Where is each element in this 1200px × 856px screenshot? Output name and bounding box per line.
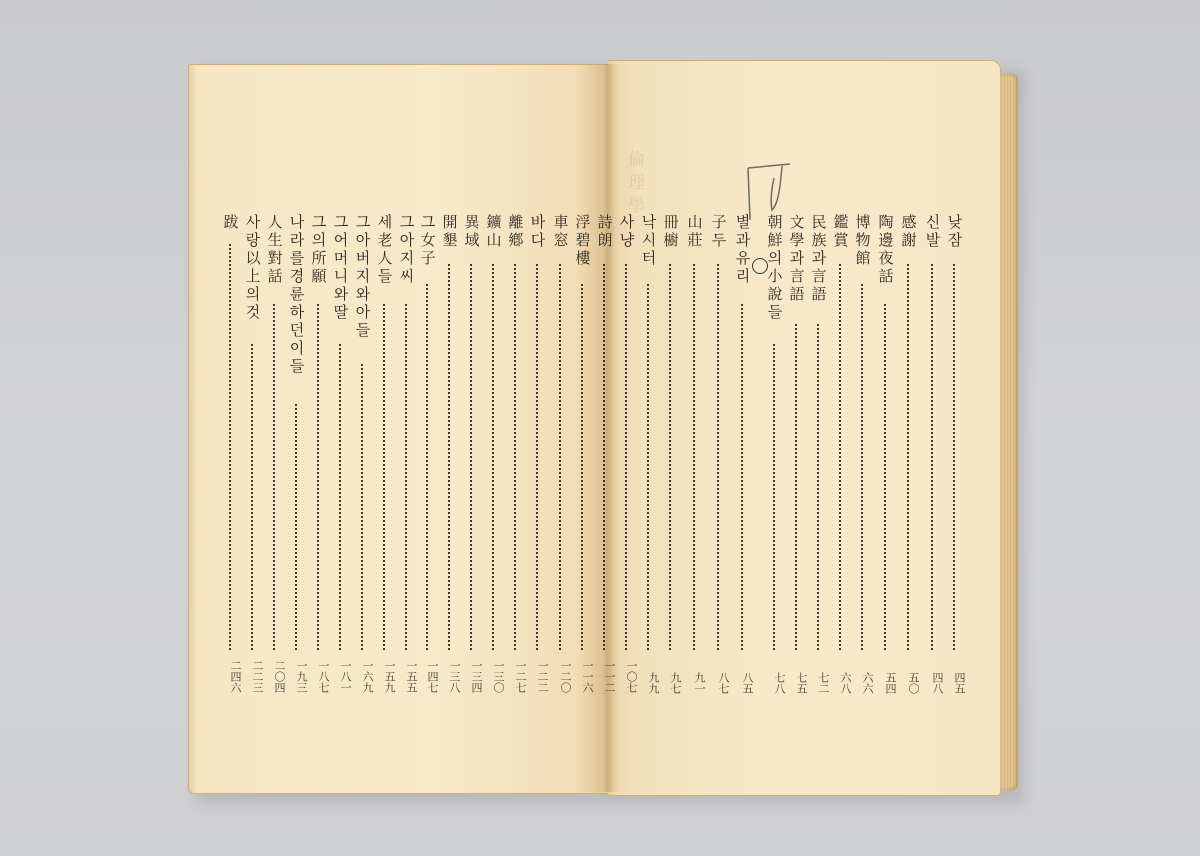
toc-entry-title: 異域 xyxy=(463,214,480,250)
toc-page-number: 二〇四 xyxy=(263,660,285,693)
toc-page-number: 一一二 xyxy=(593,660,615,693)
toc-page-number: 一三四 xyxy=(460,660,482,693)
toc-page-number: 九九 xyxy=(637,672,659,694)
leader-dots xyxy=(669,264,673,650)
toc-entry: 民族과言語 xyxy=(807,214,829,304)
toc-page-number: 五〇 xyxy=(897,672,919,694)
toc-entry: 人生對話 xyxy=(263,214,285,286)
toc-entry-title: 博物館 xyxy=(854,214,871,268)
toc-entry-title: 그아지씨 xyxy=(398,214,415,286)
toc-entry: 異域 xyxy=(460,214,482,250)
toc-entry: 신발 xyxy=(921,214,943,250)
toc-entry: 사냥 xyxy=(615,214,637,250)
toc-entry: 낙시터 xyxy=(637,214,659,268)
leader-dots xyxy=(693,264,697,650)
toc-entry: 바다 xyxy=(526,214,548,250)
toc-page-number: 一四七 xyxy=(416,660,438,693)
toc-entry-title: 文學과言語 xyxy=(788,214,805,304)
toc-entry-title: 사냥 xyxy=(618,214,635,250)
toc-page-number: 一〇七 xyxy=(615,660,637,693)
page-edges xyxy=(1000,74,1018,790)
leader-dots xyxy=(536,264,540,650)
leader-dots xyxy=(931,264,935,650)
leader-dots xyxy=(884,304,888,650)
toc-page-number: 一二七 xyxy=(504,660,526,693)
toc-entry-title: 開墾 xyxy=(441,214,458,250)
toc-entry-title: 별과유리 xyxy=(734,214,751,286)
toc-entry-title: 感謝 xyxy=(900,214,917,250)
toc-entry-title: 바다 xyxy=(529,214,546,250)
toc-entry-title: 人生對話 xyxy=(266,214,283,286)
toc-entry: 별과유리 xyxy=(731,214,753,286)
toc-entry: 그아지씨 xyxy=(395,214,417,286)
toc-entry: 나라를경륜하던이들 xyxy=(285,214,307,376)
toc-entry-title: 낙시터 xyxy=(640,214,657,268)
toc-entry-title: 冊櫥 xyxy=(662,214,679,250)
toc-page-number: 四八 xyxy=(921,672,943,694)
leader-dots xyxy=(625,264,629,650)
toc-entry: 그아버지와아들 xyxy=(351,214,373,340)
toc-entry: 博物館 xyxy=(851,214,873,268)
toc-entry-title: 그어머니와딸 xyxy=(332,214,349,322)
toc-entry-title: 子두 xyxy=(710,214,727,250)
leader-dots xyxy=(817,324,821,650)
toc-entry: 朝鮮의小說들 xyxy=(763,214,785,322)
toc-entry-title: 車窓 xyxy=(552,214,569,250)
toc-entry-title: 民族과言語 xyxy=(810,214,827,304)
toc-page-number: 一二二 xyxy=(526,660,548,693)
toc-entry-title: 離鄕 xyxy=(507,214,524,250)
toc-page-number: 一五九 xyxy=(373,660,395,693)
leader-dots xyxy=(405,304,409,650)
toc-entry: 陶邊夜話 xyxy=(874,214,896,286)
toc-entry-title: 鑑賞 xyxy=(832,214,849,250)
toc-entry: 浮碧樓 xyxy=(571,214,593,268)
toc-page-number: 七五 xyxy=(785,672,807,694)
toc-entry-title: 신발 xyxy=(924,214,941,250)
toc-entry: 冊櫥 xyxy=(659,214,681,250)
toc-page-number: 一八一 xyxy=(329,660,351,693)
toc-page-number: 一二〇 xyxy=(549,660,571,693)
toc-entry: 사랑以上의것 xyxy=(241,214,263,322)
toc-page-number: 一八七 xyxy=(307,660,329,693)
toc-entry-title: 나라를경륜하던이들 xyxy=(288,214,305,376)
toc-page-number: 二四六 xyxy=(219,660,241,693)
toc-entry: 離鄕 xyxy=(504,214,526,250)
leader-dots xyxy=(251,344,255,650)
leader-dots xyxy=(839,264,843,650)
toc-page-number: 一九三 xyxy=(285,660,307,693)
leader-dots xyxy=(492,264,496,650)
toc-entry: 그의所願 xyxy=(307,214,329,286)
leader-dots xyxy=(383,304,387,650)
toc-page-number: 七八 xyxy=(763,672,785,694)
leader-dots xyxy=(339,344,343,650)
toc-page-number: 一五五 xyxy=(395,660,417,693)
toc-page-number: 八五 xyxy=(731,672,753,694)
leader-dots xyxy=(361,364,365,650)
leader-dots xyxy=(647,284,651,650)
leader-dots xyxy=(448,264,452,650)
leader-dots xyxy=(907,264,911,650)
leader-dots xyxy=(773,344,777,650)
toc-entry-title: 세老人들 xyxy=(376,214,393,286)
toc-entry: 낮잠 xyxy=(943,214,965,250)
leader-dots xyxy=(581,284,585,650)
leader-dots xyxy=(861,284,865,650)
toc-page-number: 六六 xyxy=(851,672,873,694)
toc-entry-title: 山莊 xyxy=(686,214,703,250)
toc-page-number: 一三八 xyxy=(438,660,460,693)
toc-entry-title: 朝鮮의小說들 xyxy=(766,214,783,322)
leader-dots xyxy=(603,264,607,650)
toc-page-number: 一六九 xyxy=(351,660,373,693)
toc-entry-title: 陶邊夜話 xyxy=(877,214,894,286)
leader-dots xyxy=(795,324,799,650)
toc-page-number: 八七 xyxy=(707,672,729,694)
toc-entry: 感謝 xyxy=(897,214,919,250)
toc-page-number: 二二三 xyxy=(241,660,263,693)
leader-dots xyxy=(717,264,721,650)
toc-entry-title: 鑛山 xyxy=(485,214,502,250)
leader-dots xyxy=(273,304,277,650)
leader-dots xyxy=(741,304,745,650)
toc-entry: 開墾 xyxy=(438,214,460,250)
leader-dots xyxy=(559,264,563,650)
toc-entry-title: 사랑以上의것 xyxy=(244,214,261,322)
toc-entry-title: 跋 xyxy=(222,214,239,232)
leader-dots xyxy=(317,304,321,650)
toc-entry-title: 그女子 xyxy=(419,214,436,268)
leader-dots xyxy=(953,264,957,650)
leader-dots xyxy=(514,264,518,650)
toc-page-number: 四五 xyxy=(943,672,965,694)
toc-page-number: 一三〇 xyxy=(482,660,504,693)
leader-dots xyxy=(295,404,299,650)
toc-entry-title: 浮碧樓 xyxy=(574,214,591,268)
toc-entry: 그어머니와딸 xyxy=(329,214,351,322)
leader-dots xyxy=(426,284,430,650)
toc-entry: 文學과言語 xyxy=(785,214,807,304)
toc-entry: 鑛山 xyxy=(482,214,504,250)
toc-entry-title: 그아버지와아들 xyxy=(354,214,371,340)
toc-entry: 鑑賞 xyxy=(829,214,851,250)
toc-entry-title: 낮잠 xyxy=(946,214,963,250)
leader-dots xyxy=(229,244,233,650)
leader-dots xyxy=(470,264,474,650)
toc-entry: 車窓 xyxy=(549,214,571,250)
toc-page-number: 九一 xyxy=(683,672,705,694)
toc-entry: 跋 xyxy=(219,214,241,232)
toc-page-number: 五四 xyxy=(874,672,896,694)
toc-page-number: 六八 xyxy=(829,672,851,694)
toc-entry: 詩朗 xyxy=(593,214,615,250)
toc-entry-title: 그의所願 xyxy=(310,214,327,286)
toc-entry-title: 詩朗 xyxy=(596,214,613,250)
toc-entry: 山莊 xyxy=(683,214,705,250)
pencil-mark-icon xyxy=(742,160,802,220)
toc-page-number: 七二 xyxy=(807,672,829,694)
toc-entry: 子두 xyxy=(707,214,729,250)
toc-entry: 세老人들 xyxy=(373,214,395,286)
toc-entry: 그女子 xyxy=(416,214,438,268)
toc-page-number: 九七 xyxy=(659,672,681,694)
toc-page-number: 一一六 xyxy=(571,660,593,693)
